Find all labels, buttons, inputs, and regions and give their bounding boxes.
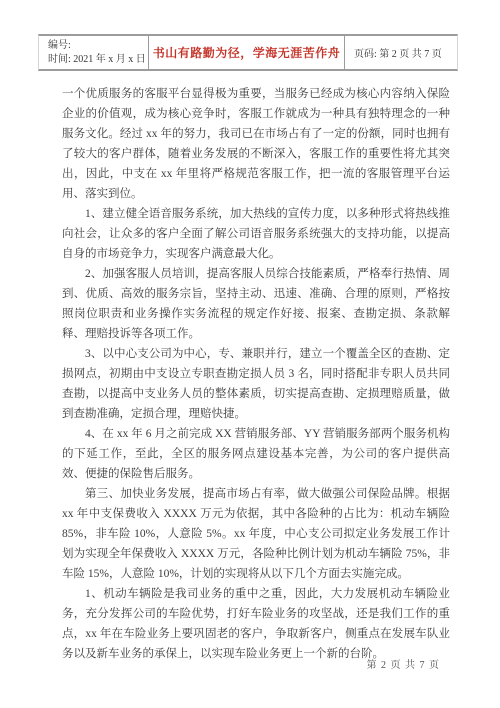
footer-page-number: 第 2 页 共 7 页 bbox=[367, 660, 441, 671]
header-page-cell: 页码: 第 2 页 共 7 页 bbox=[345, 36, 457, 69]
document-header: 编号: 时间: 2021 年 x 月 x 日 书山有路勤为径，学海无涯苦作舟 页… bbox=[38, 34, 458, 71]
doc-number-label: 编号: bbox=[48, 39, 148, 53]
page-number-label: 页码: 第 2 页 共 7 页 bbox=[354, 45, 442, 60]
paragraph: 1、机动车辆险是我司业务的重中之重，因此，大力发展机动车辆险业务，充分发挥公司的… bbox=[62, 584, 450, 664]
paragraph: 1、建立健全语音服务系统，加大热线的宣传力度，以多种形式将热线推向社会，让众多的… bbox=[62, 204, 450, 264]
header-slogan-cell: 书山有路勤为径，学海无涯苦作舟 bbox=[148, 36, 345, 69]
doc-date-label: 时间: 2021 年 x 月 x 日 bbox=[48, 53, 148, 67]
page-footer: 第 2 页 共 7 页 bbox=[367, 656, 441, 671]
paragraph: 3、以中心支公司为中心，专、兼职并行，建立一个覆盖全区的查勘、定损网点，初期由中… bbox=[62, 344, 450, 424]
paragraph: 4、在 xx 年 6 月之前完成 XX 营销服务部、YY 营销服务部两个服务机构… bbox=[62, 424, 450, 484]
slogan-text: 书山有路勤为径，学海无涯苦作舟 bbox=[153, 44, 341, 61]
paragraph: 一个优质服务的客服平台显得极为重要，当服务已经成为核心内容纳入保险企业的价值观，… bbox=[62, 84, 450, 204]
paragraph: 第三、加快业务发展，提高市场占有率，做大做强公司保险品牌。根据 xx 年中支保费… bbox=[62, 484, 450, 584]
header-meta-cell: 编号: 时间: 2021 年 x 月 x 日 bbox=[39, 36, 148, 69]
document-body: 一个优质服务的客服平台显得极为重要，当服务已经成为核心内容纳入保险企业的价值观，… bbox=[62, 84, 450, 664]
document-page: 编号: 时间: 2021 年 x 月 x 日 书山有路勤为径，学海无涯苦作舟 页… bbox=[0, 0, 500, 708]
paragraph: 2、加强客服人员培训，提高客服人员综合技能素质，严格奉行热情、周到、优质、高效的… bbox=[62, 264, 450, 344]
